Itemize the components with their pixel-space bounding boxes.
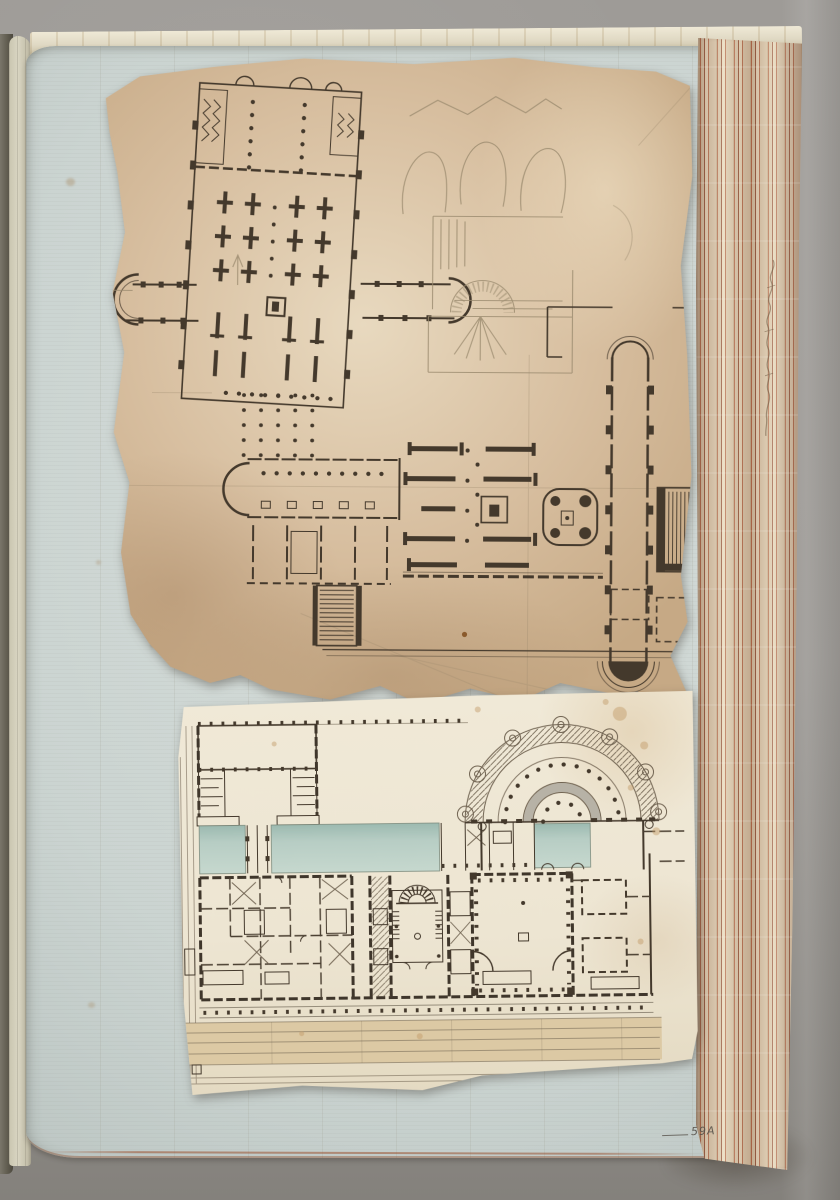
upper-sketch-sheet	[90, 52, 696, 732]
pencil-vault-sketch	[401, 96, 633, 373]
fore-edge-stack	[696, 38, 802, 1170]
lower-plan-drawing	[178, 691, 699, 1097]
parterre-court	[196, 724, 319, 825]
room-band	[184, 853, 654, 1000]
foxing-spot	[88, 1002, 95, 1008]
basilica-plan-group	[176, 72, 367, 408]
folio-underline-dash	[662, 1134, 688, 1136]
pool-basins	[199, 821, 591, 874]
lower-drawing-sheet-wrap	[178, 691, 699, 1097]
foxing-spot	[66, 178, 75, 186]
thermae-plan-group	[222, 305, 696, 693]
upper-sketch-sheet-wrap	[90, 52, 696, 732]
folio-number-text: 59A	[691, 1124, 716, 1138]
ink-fleck	[462, 632, 467, 637]
folio-number-label: 59A	[662, 1124, 726, 1139]
upper-plan-sketch	[90, 52, 696, 732]
court-piers	[212, 191, 333, 288]
pier-bars	[403, 442, 538, 572]
lower-drawing-sheet	[178, 691, 699, 1097]
